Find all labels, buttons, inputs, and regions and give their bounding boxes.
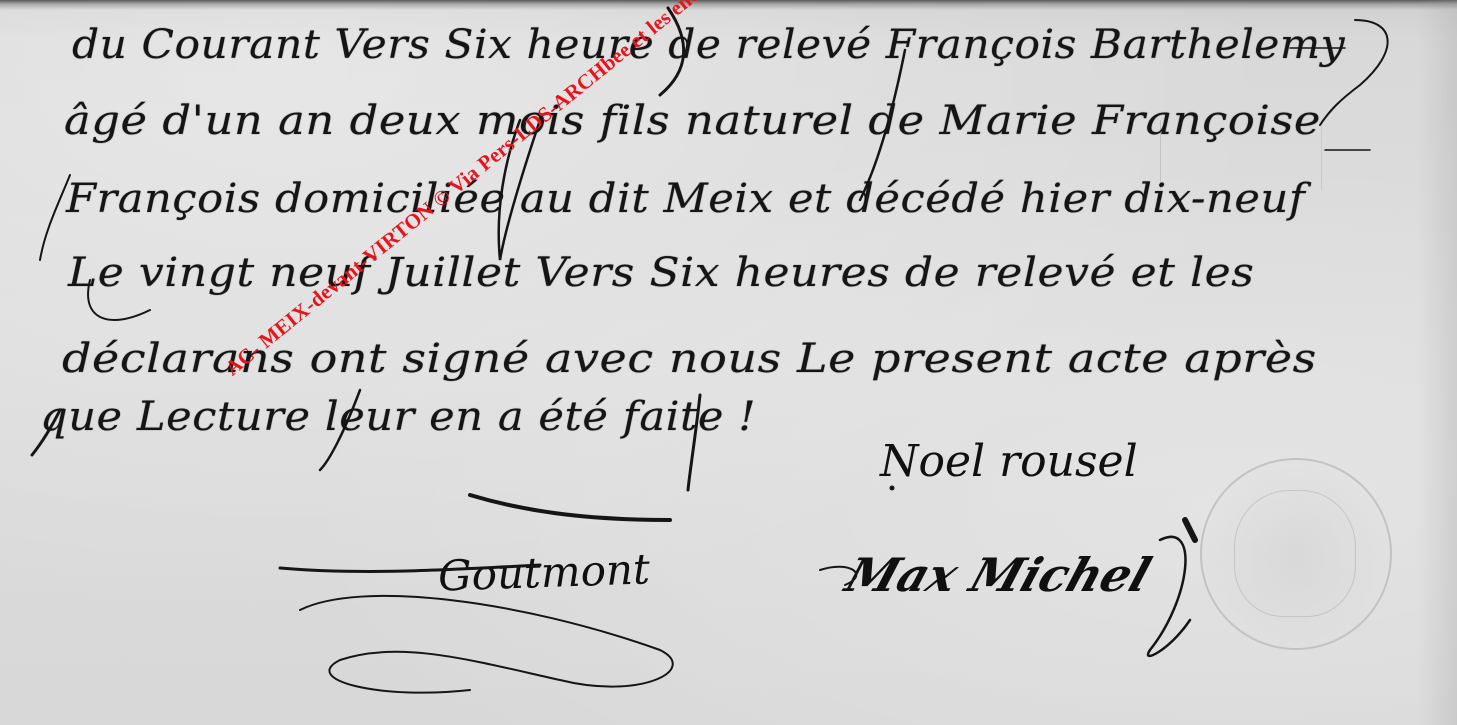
handwritten-text-body: du Courant Vers Six heure de relevé Fran… — [0, 0, 1457, 725]
signature-witness-2: Max Michel — [839, 548, 1157, 602]
text-line-1: du Courant Vers Six heure de relevé Fran… — [72, 22, 1345, 68]
text-line-2: âgé d'un an deux mois fils naturel de Ma… — [64, 98, 1321, 144]
text-line-6: que Lecture leur en a été faite ! — [40, 394, 756, 440]
signature-witness-1: Goutmont — [437, 544, 650, 600]
text-line-3: François domiciliée au dit Meix et décéd… — [66, 176, 1305, 222]
text-line-4: Le vingt neuf Juillet Vers Six heures de… — [68, 250, 1254, 296]
scanned-document-page: du Courant Vers Six heure de relevé Fran… — [0, 0, 1457, 725]
signature-officer: Noel rousel — [880, 436, 1138, 487]
